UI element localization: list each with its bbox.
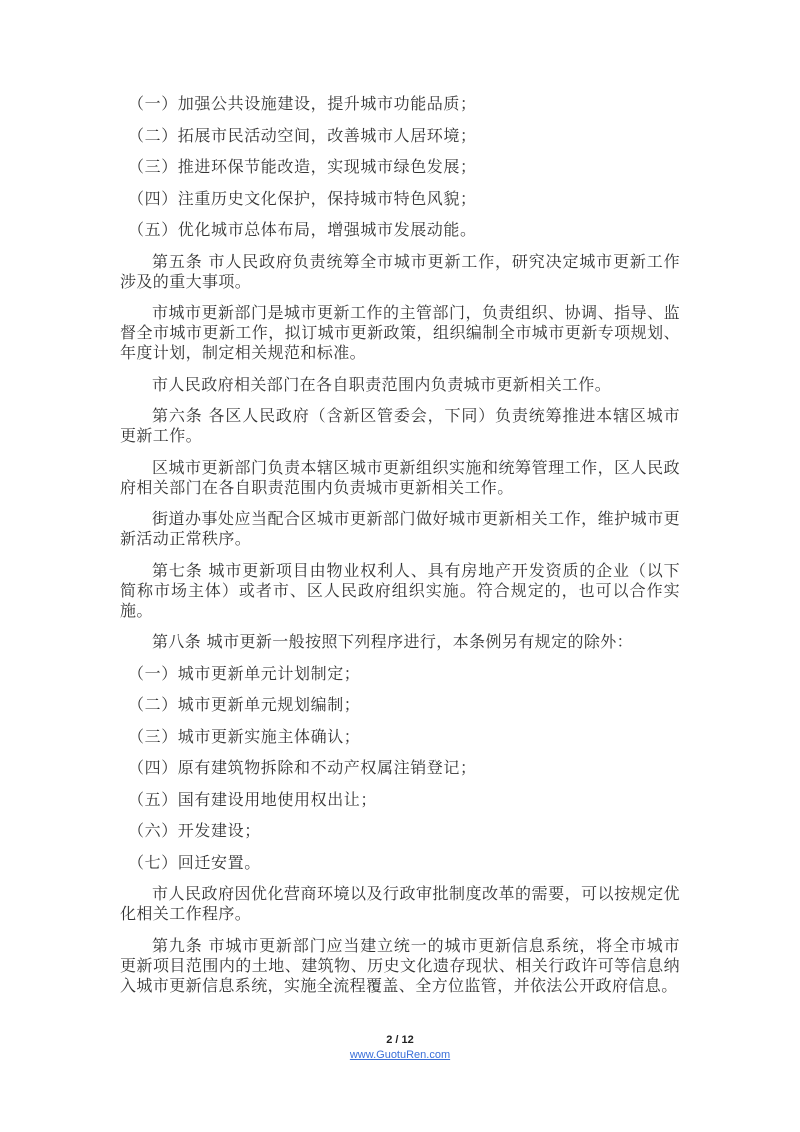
list-item: （三）推进环保节能改造，实现城市绿色发展； (120, 157, 680, 177)
list-item: （三）城市更新实施主体确认； (120, 727, 680, 747)
list-item: （四）注重历史文化保护，保持城市特色风貌； (120, 189, 680, 209)
page-content: （一）加强公共设施建设，提升城市功能品质； （二）拓展市民活动空间，改善城市人居… (120, 94, 680, 1007)
paragraph: 市人民政府因优化营商环境以及行政审批制度改革的需要，可以按规定优化相关工作程序。 (120, 884, 680, 924)
paragraph: 市城市更新部门是城市更新工作的主管部门，负责组织、协调、指导、监督全市城市更新工… (120, 303, 680, 363)
paragraph: 区城市更新部门负责本辖区城市更新组织实施和统筹管理工作，区人民政府相关部门在各自… (120, 458, 680, 498)
list-item: （七）回迁安置。 (120, 853, 680, 873)
list-item: （一）城市更新单元计划制定； (120, 664, 680, 684)
list-item: （四）原有建筑物拆除和不动产权属注销登记； (120, 758, 680, 778)
list-item: （二）城市更新单元规划编制； (120, 695, 680, 715)
list-item: （五）优化城市总体布局，增强城市发展动能。 (120, 220, 680, 240)
list-item: （六）开发建设； (120, 821, 680, 841)
article-8-paragraph: 第八条 城市更新一般按照下列程序进行，本条例另有规定的除外： (120, 632, 680, 652)
paragraph: 市人民政府相关部门在各自职责范围内负责城市更新相关工作。 (120, 375, 680, 395)
page-number: 2 / 12 (0, 1034, 800, 1046)
article-9-paragraph: 第九条 市城市更新部门应当建立统一的城市更新信息系统，将全市城市更新项目范围内的… (120, 936, 680, 996)
article-7-paragraph: 第七条 城市更新项目由物业权利人、具有房地产开发资质的企业（以下简称市场主体）或… (120, 561, 680, 621)
website-link[interactable]: www.GuotuRen.com (0, 1049, 800, 1061)
article-6-paragraph: 第六条 各区人民政府（含新区管委会，下同）负责统筹推进本辖区城市更新工作。 (120, 406, 680, 446)
article-5-paragraph: 第五条 市人民政府负责统筹全市城市更新工作，研究决定城市更新工作涉及的重大事项。 (120, 252, 680, 292)
list-item: （五）国有建设用地使用权出让； (120, 790, 680, 810)
paragraph: 街道办事处应当配合区城市更新部门做好城市更新相关工作，维护城市更新活动正常秩序。 (120, 509, 680, 549)
list-item: （一）加强公共设施建设，提升城市功能品质； (120, 94, 680, 114)
list-item: （二）拓展市民活动空间，改善城市人居环境； (120, 126, 680, 146)
document-page: （一）加强公共设施建设，提升城市功能品质； （二）拓展市民活动空间，改善城市人居… (0, 0, 800, 1132)
